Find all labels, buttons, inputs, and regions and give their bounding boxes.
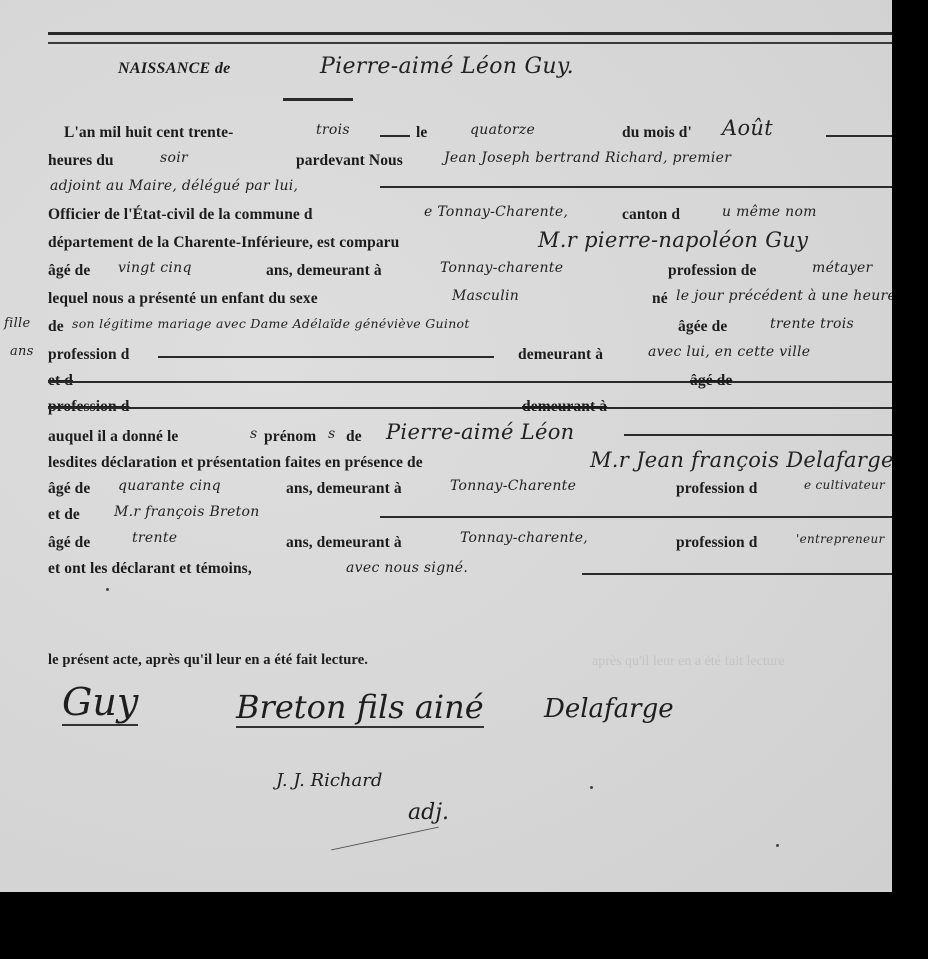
signature-richard: J. J. Richard: [276, 770, 382, 791]
printed-text: né: [652, 290, 668, 308]
printed-text: L'an mil huit cent trente-: [64, 124, 233, 142]
handwritten-entry: quarante cinq: [118, 478, 221, 494]
printed-text: âgée de: [678, 318, 727, 336]
printed-text: âgé de: [48, 480, 90, 498]
handwritten-entry: M.r Jean françois Delafarge: [590, 448, 892, 472]
printed-text: profession d: [676, 480, 757, 498]
printed-text: profession de: [668, 262, 756, 280]
struck-text: âgé de: [690, 372, 732, 390]
printed-text: lequel nous a présenté un enfant du sexe: [48, 290, 318, 308]
printed-text: de: [48, 318, 64, 336]
handwritten-entry: Masculin: [452, 288, 519, 304]
signature-guy: Guy: [62, 680, 138, 726]
printed-text: heures du: [48, 152, 114, 170]
printed-text: pardevant Nous: [296, 152, 403, 170]
handwritten-entry: avec lui, en cette ville: [648, 344, 810, 360]
ink-spot: [776, 844, 779, 847]
title-printed: NAISSANCE de: [118, 60, 231, 78]
printed-text: prénom: [264, 428, 316, 446]
handwritten-entry: 'entrepreneur: [796, 532, 885, 546]
closing-text: le présent acte, après qu'il leur en a é…: [48, 652, 368, 669]
signature-delafarge: Delafarge: [544, 694, 674, 724]
handwritten-entry: métayer: [812, 260, 873, 276]
struck-text: demeurant à: [522, 398, 607, 416]
title-child-name: Pierre-aimé Léon Guy.: [320, 54, 574, 79]
handwritten-entry: Août: [722, 116, 773, 140]
printed-text: ans, demeurant à: [286, 534, 402, 552]
fill-line: [624, 434, 892, 436]
handwritten-entry: s: [250, 426, 258, 442]
header-double-rule: [48, 32, 892, 44]
handwritten-entry: e cultivateur: [804, 478, 885, 492]
fill-line: [826, 135, 892, 137]
printed-text: auquel il a donné le: [48, 428, 178, 446]
printed-text: du mois d': [622, 124, 692, 142]
handwritten-entry: e Tonnay-Charente,: [424, 204, 568, 220]
fill-line: [380, 516, 892, 518]
margin-note: fille: [4, 316, 30, 331]
printed-text: canton d: [622, 206, 680, 224]
printed-text: demeurant à: [518, 346, 603, 364]
margin-note: ans: [10, 344, 34, 359]
printed-text: Officier de l'État-civil de la commune d: [48, 206, 313, 224]
title-underline: [283, 98, 353, 101]
handwritten-entry: u même nom: [722, 204, 817, 220]
handwritten-entry: quatorze: [470, 122, 535, 138]
handwritten-entry: trois: [316, 122, 350, 138]
handwritten-entry: Tonnay-charente,: [460, 530, 588, 546]
fill-line: [380, 135, 410, 137]
signature-breton: Breton fils ainé: [236, 688, 484, 728]
strike-line: [48, 381, 892, 383]
handwritten-entry: avec nous signé.: [346, 560, 468, 576]
handwritten-entry: son légitime mariage avec Dame Adélaïde …: [72, 316, 470, 331]
printed-text: et ont les déclarant et témoins,: [48, 560, 252, 578]
printed-text: ans, demeurant à: [266, 262, 382, 280]
handwritten-entry: Tonnay-charente: [440, 260, 563, 276]
document-page: NAISSANCE de Pierre-aimé Léon Guy. L'an …: [0, 0, 892, 892]
handwritten-entry: adjoint au Maire, délégué par lui,: [50, 178, 298, 194]
printed-text: âgé de: [48, 534, 90, 552]
printed-text: et de: [48, 506, 80, 524]
handwritten-entry: trente: [132, 530, 177, 546]
ink-spot: [106, 588, 109, 591]
signature-adjoint: adj.: [408, 800, 449, 825]
printed-text: ans, demeurant à: [286, 480, 402, 498]
strike-line: [48, 407, 892, 409]
handwritten-entry: le jour précédent à une heure: [676, 288, 892, 304]
printed-text: âgé de: [48, 262, 90, 280]
bleed-through-text: après qu'il leur en a été fait lecture: [592, 654, 785, 670]
printed-text: profession d: [676, 534, 757, 552]
handwritten-entry: Jean Joseph bertrand Richard, premier: [444, 150, 731, 166]
handwritten-entry: Pierre-aimé Léon: [386, 420, 574, 444]
fill-line: [582, 573, 892, 575]
printed-text: département de la Charente-Inférieure, e…: [48, 234, 399, 252]
printed-text: le: [416, 124, 427, 142]
printed-text: profession d: [48, 346, 129, 364]
printed-text: lesdites déclaration et présentation fai…: [48, 454, 423, 472]
handwritten-entry: Tonnay-Charente: [450, 478, 576, 494]
handwritten-entry: soir: [160, 150, 188, 166]
printed-text: de: [346, 428, 362, 446]
ink-spot: [590, 786, 593, 789]
handwritten-entry: M.r pierre-napoléon Guy: [538, 228, 808, 252]
handwritten-entry: vingt cinq: [118, 260, 192, 276]
fill-line: [158, 356, 494, 358]
signature-flourish: [331, 827, 439, 851]
fill-line: [380, 186, 892, 188]
handwritten-entry: s: [328, 426, 336, 442]
handwritten-entry: M.r françois Breton: [114, 504, 260, 520]
handwritten-entry: trente trois: [770, 316, 854, 332]
